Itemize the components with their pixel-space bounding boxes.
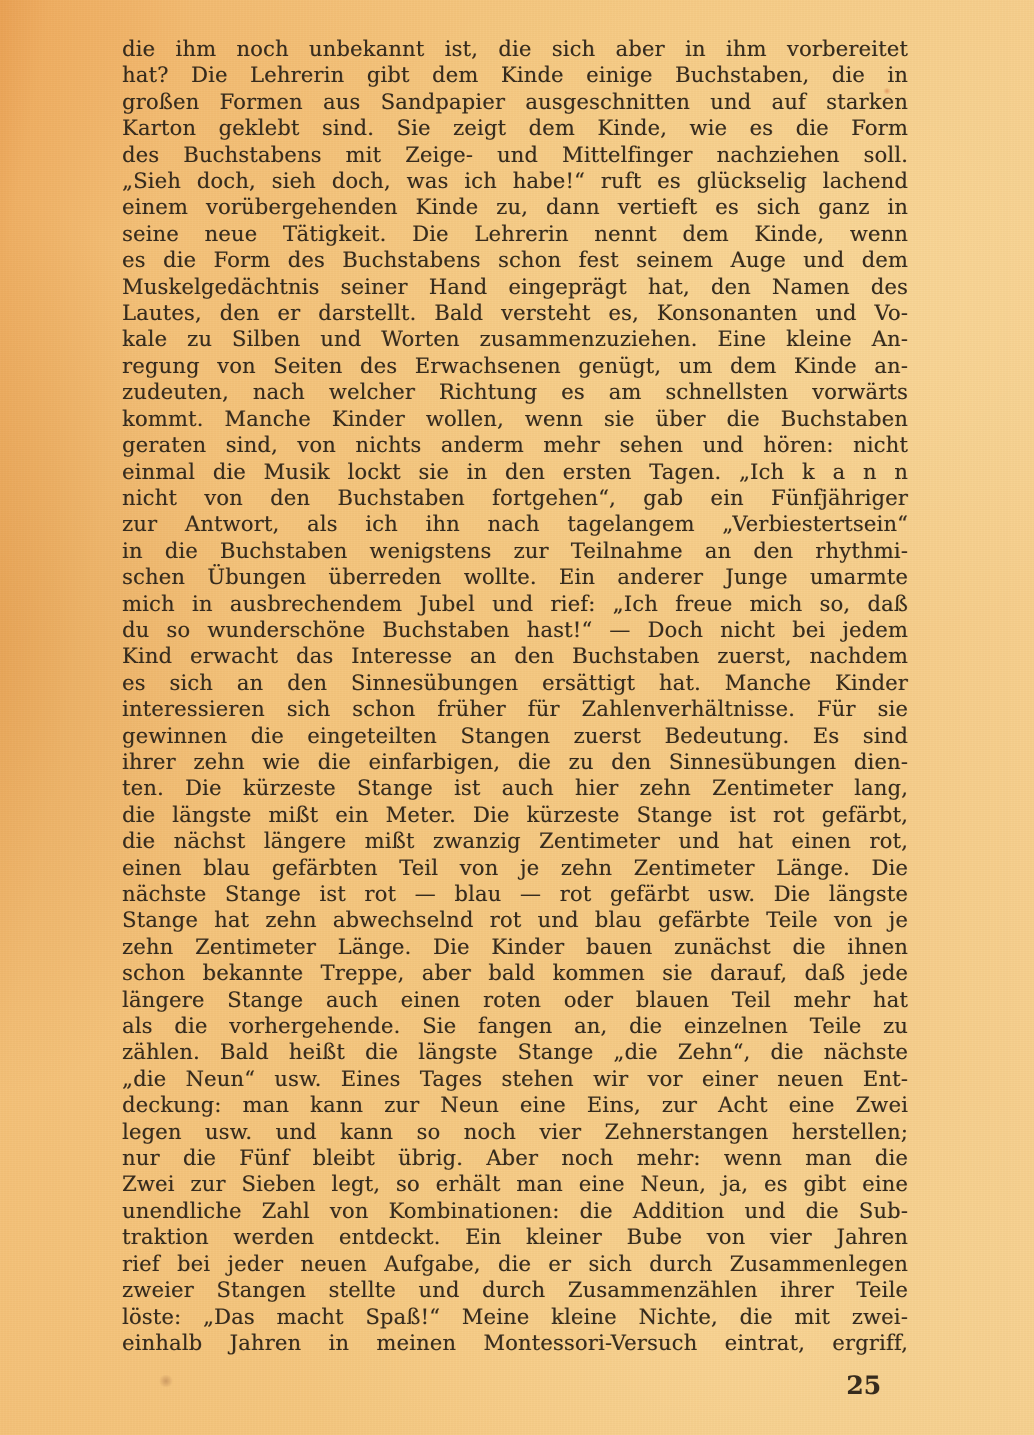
- text-line: schen Übungen überreden wollte. Ein ande…: [122, 564, 908, 590]
- text-line: nicht von den Buchstaben fortgehen“, gab…: [122, 485, 908, 511]
- scanned-book-page: die ihm noch unbekannt ist, die sich abe…: [0, 0, 1034, 1435]
- text-line: geraten sind, von nichts anderm mehr seh…: [122, 432, 908, 458]
- text-line: zur Antwort, als ich ihn nach tagelangem…: [122, 511, 908, 537]
- text-line: Kind erwacht das Interesse an den Buchst…: [122, 643, 908, 669]
- text-line: Muskelgedächtnis seiner Hand eingeprägt …: [122, 274, 908, 300]
- text-line: traktion werden entdeckt. Ein kleiner Bu…: [122, 1224, 908, 1250]
- text-line: regung von Seiten des Erwachsenen genügt…: [122, 353, 908, 379]
- text-line: „Sieh doch, sieh doch, was ich habe!“ ru…: [122, 168, 908, 194]
- text-line: zählen. Bald heißt die längste Stange „d…: [122, 1039, 908, 1065]
- page-number: 25: [846, 1371, 881, 1400]
- text-line: ihrer zehn wie die einfarbigen, die zu d…: [122, 749, 908, 775]
- text-line: es die Form des Buchstabens schon fest s…: [122, 247, 908, 273]
- text-line: mich in ausbrechendem Jubel und rief: „I…: [122, 591, 908, 617]
- text-line: einhalb Jahren in meinen Montessori-Vers…: [122, 1330, 908, 1356]
- text-line: kommt. Manche Kinder wollen, wenn sie üb…: [122, 406, 908, 432]
- text-line: die nächst längere mißt zwanzig Zentimet…: [122, 828, 908, 854]
- text-line: des Buchstabens mit Zeige- und Mittelfin…: [122, 142, 908, 168]
- text-line: einen blau gefärbten Teil von je zehn Ze…: [122, 855, 908, 881]
- text-line: nächste Stange ist rot — blau — rot gefä…: [122, 881, 908, 907]
- text-line: einem vorübergehenden Kinde zu, dann ver…: [122, 194, 908, 220]
- text-line: kale zu Silben und Worten zusammenzuzieh…: [122, 326, 908, 352]
- text-line: längere Stange auch einen roten oder bla…: [122, 987, 908, 1013]
- paper-speck: [158, 1375, 174, 1387]
- text-line: großen Formen aus Sandpapier ausgeschnit…: [122, 89, 908, 115]
- text-line: zweier Stangen stellte und durch Zusamme…: [122, 1277, 908, 1303]
- text-line: ten. Die kürzeste Stange ist auch hier z…: [122, 775, 908, 801]
- text-line: Zwei zur Sieben legt, so erhält man eine…: [122, 1171, 908, 1197]
- text-line: interessieren sich schon früher für Zahl…: [122, 696, 908, 722]
- text-line: es sich an den Sinnesübungen ersättigt h…: [122, 670, 908, 696]
- text-line: in die Buchstaben wenigstens zur Teilnah…: [122, 538, 908, 564]
- text-line: deckung: man kann zur Neun eine Eins, zu…: [122, 1092, 908, 1118]
- text-line: legen usw. und kann so noch vier Zehners…: [122, 1119, 908, 1145]
- text-line: unendliche Zahl von Kombinationen: die A…: [122, 1198, 908, 1224]
- text-line: rief bei jeder neuen Aufgabe, die er sic…: [122, 1251, 908, 1277]
- text-line: seine neue Tätigkeit. Die Lehrerin nennt…: [122, 221, 908, 247]
- text-line: du so wunderschöne Buchstaben hast!“ — D…: [122, 617, 908, 643]
- text-line: löste: „Das macht Spaß!“ Meine kleine Ni…: [122, 1304, 908, 1330]
- text-line: Stange hat zehn abwechselnd rot und blau…: [122, 907, 908, 933]
- text-line: „die Neun“ usw. Eines Tages stehen wir v…: [122, 1066, 908, 1092]
- text-line: nur die Fünf bleibt übrig. Aber noch meh…: [122, 1145, 908, 1171]
- text-line: gewinnen die eingeteilten Stangen zuerst…: [122, 723, 908, 749]
- text-line: hat? Die Lehrerin gibt dem Kinde einige …: [122, 62, 908, 88]
- text-line: zehn Zentimeter Länge. Die Kinder bauen …: [122, 934, 908, 960]
- text-line: schon bekannte Treppe, aber bald kommen …: [122, 960, 908, 986]
- text-line: die ihm noch unbekannt ist, die sich abe…: [122, 36, 908, 62]
- text-line: einmal die Musik lockt sie in den ersten…: [122, 459, 908, 485]
- text-line: zudeuten, nach welcher Richtung es am sc…: [122, 379, 908, 405]
- text-line: Lautes, den er darstellt. Bald versteht …: [122, 300, 908, 326]
- body-text: die ihm noch unbekannt ist, die sich abe…: [122, 36, 908, 1356]
- text-line: die längste mißt ein Meter. Die kürzeste…: [122, 802, 908, 828]
- text-line: als die vorhergehende. Sie fangen an, di…: [122, 1013, 908, 1039]
- text-line: Karton geklebt sind. Sie zeigt dem Kinde…: [122, 115, 908, 141]
